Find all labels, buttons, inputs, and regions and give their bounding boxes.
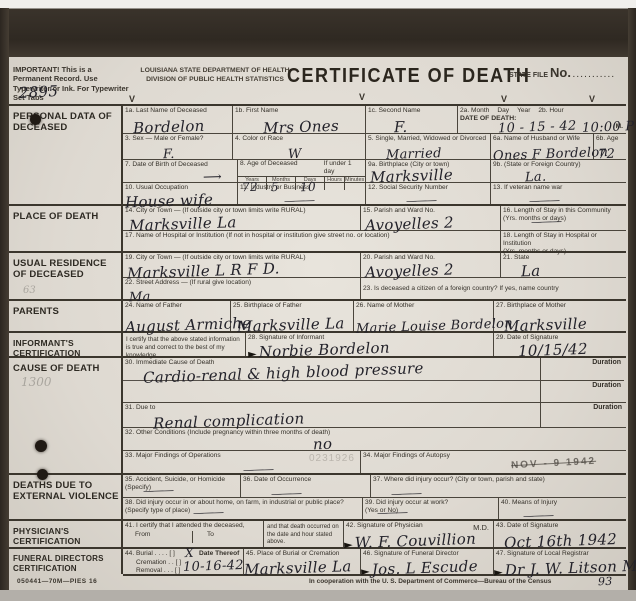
age-months-value: 5 bbox=[271, 180, 279, 194]
field-3: 3. Sex — Male or Female? F. bbox=[123, 134, 233, 159]
field-43-label: 43. Date of Signature bbox=[496, 522, 622, 530]
field-19: 19. City or Town — (If outside city or t… bbox=[123, 253, 361, 277]
tab-marker-right1: V bbox=[501, 94, 507, 104]
field-20: 20. Parish and Ward No. Avoyelles 2 bbox=[361, 253, 501, 277]
field-41-continuation: and that death occurred on the date and … bbox=[264, 521, 344, 547]
form-number: 050441—70M—PIES 16 bbox=[17, 578, 97, 585]
field-4-label: 4. Color or Race bbox=[235, 135, 363, 143]
field-41-cont-text: and that death occurred on the date and … bbox=[266, 522, 341, 549]
field-17: 17. Name of Hospital or Institution (If … bbox=[123, 231, 501, 251]
pencil-mark-1300: 1300 bbox=[21, 375, 52, 389]
field-38-sublabel: (Specify type of place) bbox=[125, 507, 360, 515]
hole-punch-2 bbox=[35, 440, 47, 452]
field-17-label: 17. Name of Hospital or Institution (If … bbox=[125, 232, 498, 240]
field-2a-value: 10 - 15 - 42 bbox=[498, 119, 577, 137]
duration-label-1: Duration bbox=[541, 358, 624, 381]
field-8-under-1-day-label: If under 1 day bbox=[324, 160, 363, 176]
field-12-value: ——— bbox=[406, 193, 436, 207]
field-31-label: 31. Due to bbox=[125, 404, 538, 412]
state-file-no-label: No. bbox=[550, 65, 571, 80]
field-2b-hour-label: 2b. Hour bbox=[538, 107, 563, 115]
field-25-value: Marksville La bbox=[237, 314, 345, 336]
field-41-attended: 41. I certify that I attended the deceas… bbox=[123, 521, 264, 547]
section-label-column: PERSONAL DATA OF DECEASED PLACE OF DEATH… bbox=[9, 104, 123, 574]
pencil-mark-63: 63 bbox=[23, 285, 36, 296]
field-16: 16. Length of Stay in this Community (Yr… bbox=[501, 206, 624, 230]
duration-column-31: Duration bbox=[541, 403, 624, 427]
section-personal-data: PERSONAL DATA OF DECEASED bbox=[9, 106, 121, 206]
field-9a: 9a. Birthplace (City or town) Marksville bbox=[366, 160, 491, 182]
field-18-label: 18. Length of Stay in Hospital or Instit… bbox=[503, 232, 622, 248]
field-41-to: To bbox=[193, 531, 214, 543]
age-years-value: 72 bbox=[242, 180, 258, 195]
field-11-value: ——— bbox=[284, 193, 314, 207]
field-39: 39. Did injury occur at work? (Yes or No… bbox=[363, 498, 499, 519]
field-27-value: Marksville bbox=[504, 315, 588, 336]
field-36: 36. Date of Occurrence ——— bbox=[241, 475, 371, 497]
field-6b: 6b. Age 72 bbox=[594, 134, 624, 159]
field-16-sublabel: (Yrs. months or days) bbox=[503, 215, 622, 223]
field-6a: 6a. Name of Husband or Wife Ones F Borde… bbox=[491, 134, 594, 159]
state-file-label: STATE FILE bbox=[509, 72, 548, 79]
field-14-value: Marksville La bbox=[129, 213, 237, 235]
field-21: 21. State La bbox=[501, 253, 624, 277]
field-6b-label: 6b. Age bbox=[596, 135, 622, 143]
field-45: 45. Place of Burial or Cremation Marksvi… bbox=[244, 549, 361, 574]
pointer-marker-4: ► bbox=[494, 565, 503, 578]
field-12: 12. Social Security Number ——— bbox=[366, 183, 491, 204]
hole-punch-3 bbox=[37, 469, 48, 480]
age-days-value: 10 bbox=[300, 180, 316, 195]
field-2a-year-label: Year bbox=[517, 107, 530, 115]
field-8-label: 8. Age of Deceased bbox=[240, 160, 324, 176]
field-27: 27. Birthplace of Mother Marksville bbox=[494, 301, 624, 331]
field-42-label: 42. Signature of Physician bbox=[346, 522, 491, 530]
field-1a-label: 1a. Last Name of Deceased bbox=[125, 107, 230, 115]
field-9a-value: Marksville bbox=[370, 166, 454, 187]
field-44-x-mark: X bbox=[185, 546, 194, 560]
hole-punch-1 bbox=[30, 114, 41, 125]
section-informant-certification: INFORMANT'S CERTIFICATION bbox=[9, 333, 121, 358]
field-15-value: Avoyelles 2 bbox=[365, 213, 454, 234]
field-26-label: 26. Name of Mother bbox=[356, 302, 491, 310]
field-38-label: 38. Did injury occur in or about home, o… bbox=[125, 499, 360, 507]
duration-column-30: Duration Duration bbox=[541, 358, 624, 402]
field-43: 43. Date of Signature Oct 16th 1942 bbox=[494, 521, 624, 547]
department-name: LOUISIANA STATE DEPARTMENT OF HEALTH DIV… bbox=[131, 67, 299, 85]
field-2-columns: 2a. Month Day Year 2b. Hour bbox=[460, 107, 622, 115]
dotted-line: . . . . . . . . . . . bbox=[573, 72, 614, 79]
field-1b-value: Mrs Ones bbox=[263, 117, 340, 138]
duration-label-2: Duration bbox=[541, 381, 624, 403]
field-27-label: 27. Birthplace of Mother bbox=[496, 302, 622, 310]
field-1c: 1c. Second Name F. bbox=[366, 106, 458, 133]
certificate-title: CERTIFICATE OF DEATH bbox=[287, 63, 507, 87]
dept-line2: DIVISION OF PUBLIC HEALTH STATISTICS bbox=[146, 76, 284, 83]
field-7: 7. Date of Birth of Deceased ⟶ bbox=[123, 160, 238, 182]
tab-marker-center: V bbox=[359, 92, 365, 102]
field-10-value: House wife bbox=[125, 190, 214, 211]
field-38: 38. Did injury occur in or about home, o… bbox=[123, 498, 363, 519]
section-physician-certification: PHYSICIAN'S CERTIFICATION bbox=[9, 521, 121, 549]
field-40-label: 40. Means of Injury bbox=[501, 499, 622, 507]
informant-certify-text-cell: I certify that the above stated informat… bbox=[123, 333, 246, 356]
pointer-marker-2: ► bbox=[344, 538, 353, 551]
field-6a-label: 6a. Name of Husband or Wife bbox=[493, 135, 591, 143]
field-15: 15. Parish and Ward No. Avoyelles 2 bbox=[361, 206, 501, 230]
field-6b-value: 72 bbox=[598, 147, 616, 163]
field-23-label: 23. Is deceased a citizen of a foreign c… bbox=[363, 279, 622, 293]
duration-label-3: Duration bbox=[543, 404, 622, 411]
field-1b: 1b. First Name Mrs Ones bbox=[233, 106, 366, 133]
field-44-date-value: 10-16-42 bbox=[183, 558, 244, 575]
field-grid: 1a. Last Name of Deceased Bordelon 1b. F… bbox=[123, 104, 626, 576]
pointer-marker-3: ► bbox=[361, 565, 370, 578]
field-35: 35. Accident, Suicide, or Homicide (Spec… bbox=[123, 475, 241, 497]
field-8-age: 8. Age of Deceased If under 1 day Years … bbox=[238, 160, 366, 182]
field-35-value: ——— bbox=[143, 483, 173, 497]
field-1a: 1a. Last Name of Deceased Bordelon bbox=[123, 106, 233, 133]
field-32: 32. Other Conditions (Include pregnancy … bbox=[123, 428, 624, 450]
field-21-label: 21. State bbox=[503, 254, 622, 262]
state-file-block: STATE FILE No. . . . . . . . . . . . 289… bbox=[509, 65, 621, 80]
field-38-value: ——— bbox=[193, 505, 223, 519]
field-39-value: ——— bbox=[377, 505, 407, 519]
certificate-header: IMPORTANT! This is a Permanent Record. U… bbox=[9, 57, 628, 104]
field-40-value: ——— bbox=[523, 508, 553, 522]
field-37: 37. Where did injury occur? (City or tow… bbox=[371, 475, 624, 497]
field-24: 24. Name of Father August Armiche bbox=[123, 301, 231, 331]
field-41-label: 41. I certify that I attended the deceas… bbox=[123, 521, 263, 531]
state-file-number-handwritten: 2895 bbox=[18, 82, 59, 108]
field-21-value: La bbox=[521, 262, 541, 281]
scan-edge-left bbox=[0, 8, 9, 590]
field-1a-value: Bordelon bbox=[133, 117, 205, 137]
field-37-value: ——— bbox=[391, 486, 421, 500]
section-place-of-death: PLACE OF DEATH bbox=[9, 206, 121, 253]
field-2-date-of-death: 2a. Month Day Year 2b. Hour DATE OF DEAT… bbox=[458, 106, 624, 133]
section-parents: PARENTS bbox=[9, 301, 121, 333]
section-external-violence: DEATHS DUE TO EXTERNAL VIOLENCE bbox=[9, 475, 121, 521]
field-23: 23. Is deceased a citizen of a foreign c… bbox=[361, 278, 624, 299]
field-7-label: 7. Date of Birth of Deceased bbox=[125, 161, 235, 169]
field-46: 46. Signature of Funeral Director ►Jos. … bbox=[361, 549, 494, 574]
field-16-value: ——— bbox=[531, 214, 561, 228]
field-8-labels: 8. Age of Deceased If under 1 day bbox=[238, 160, 365, 176]
field-31: 31. Due to Renal complication bbox=[123, 403, 541, 427]
field-37-label: 37. Where did injury occur? (City or tow… bbox=[373, 476, 622, 484]
field-35-label: 35. Accident, Suicide, or Homicide bbox=[125, 476, 238, 484]
field-18: 18. Length of Stay in Hospital or Instit… bbox=[501, 231, 624, 251]
field-5-label: 5. Single, Married, Widowed or Divorced bbox=[368, 135, 488, 143]
field-13-value: ——— bbox=[529, 193, 559, 207]
field-13: 13. If veteran name war ——— bbox=[491, 183, 624, 204]
field-1c-label: 1c. Second Name bbox=[368, 107, 455, 115]
field-33-value: ——— bbox=[243, 462, 273, 476]
field-7-value: ⟶ bbox=[203, 170, 222, 186]
field-45-value: Marksville La bbox=[244, 557, 352, 579]
field-28: 28. Signature of Informant ►Norbie Borde… bbox=[246, 333, 494, 356]
field-41-from: From bbox=[123, 531, 193, 543]
field-47: 47. Signature of Local Registrar ►Dr J. … bbox=[494, 549, 624, 574]
registrar-extra-number: 93 bbox=[598, 575, 613, 589]
certificate-paper: IMPORTANT! This is a Permanent Record. U… bbox=[9, 57, 628, 590]
field-3-value: F. bbox=[163, 147, 175, 162]
field-40: 40. Means of Injury ——— bbox=[499, 498, 624, 519]
field-1b-label: 1b. First Name bbox=[235, 107, 363, 115]
field-29-value: 10/15/42 bbox=[518, 340, 588, 360]
field-9b-value: La. bbox=[525, 170, 547, 186]
field-36-value: ——— bbox=[271, 486, 301, 500]
field-5-value: Married bbox=[386, 146, 442, 163]
field-2b-value: 10:00 P bbox=[582, 119, 635, 136]
field-44: 44. Burial . . . . [ ] Cremation . . [ ]… bbox=[123, 549, 244, 574]
dept-line1: LOUISIANA STATE DEPARTMENT OF HEALTH bbox=[140, 67, 289, 74]
section-funeral-directors: FUNERAL DIRECTORS CERTIFICATION bbox=[9, 549, 121, 576]
age-minutes-label: Minutes bbox=[345, 177, 364, 183]
field-20-value: Avoyelles 2 bbox=[365, 260, 454, 281]
field-42: 42. Signature of Physician M.D. ►W. F. C… bbox=[344, 521, 494, 547]
field-25-label: 25. Birthplace of Father bbox=[233, 302, 351, 310]
field-2a-day-label: Day bbox=[497, 107, 509, 115]
field-29: 29. Date of Signature 10/15/42 bbox=[494, 333, 624, 356]
field-4-value: W bbox=[288, 147, 302, 162]
field-1c-value: F. bbox=[394, 118, 408, 136]
field-36-label: 36. Date of Occurrence bbox=[243, 476, 368, 484]
field-26: 26. Name of Mother Marie Louise Bordelon bbox=[354, 301, 494, 331]
tab-marker-right2: V bbox=[589, 94, 595, 104]
field-30: 30. Immediate Cause of Death Cardio-rena… bbox=[123, 358, 541, 402]
tab-marker-left: V bbox=[129, 94, 135, 104]
field-34: 34. Major Findings of Autopsy NOV - 9 19… bbox=[361, 451, 624, 473]
field-2a-month-label: 2a. Month bbox=[460, 107, 489, 115]
field-13-label: 13. If veteran name war bbox=[493, 184, 622, 192]
scan-edge-right bbox=[628, 8, 636, 590]
field-10: 10. Usual Occupation House wife bbox=[123, 183, 238, 204]
field-22-value: Ma bbox=[129, 290, 151, 306]
field-5: 5. Single, Married, Widowed or Divorced … bbox=[366, 134, 491, 159]
field-4: 4. Color or Race W bbox=[233, 134, 366, 159]
field-16-label: 16. Length of Stay in this Community bbox=[503, 207, 622, 215]
ghost-stamp-number: 0231926 bbox=[309, 453, 355, 464]
cooperation-note: In cooperation with the U. S. Department… bbox=[309, 578, 551, 585]
field-44-date-label: Date Thereof bbox=[199, 550, 239, 558]
age-hours-label: Hours bbox=[327, 177, 342, 183]
pointer-marker: ► bbox=[248, 347, 257, 360]
field-32-value: no bbox=[313, 435, 333, 454]
scanned-death-certificate: IMPORTANT! This is a Permanent Record. U… bbox=[0, 0, 636, 601]
